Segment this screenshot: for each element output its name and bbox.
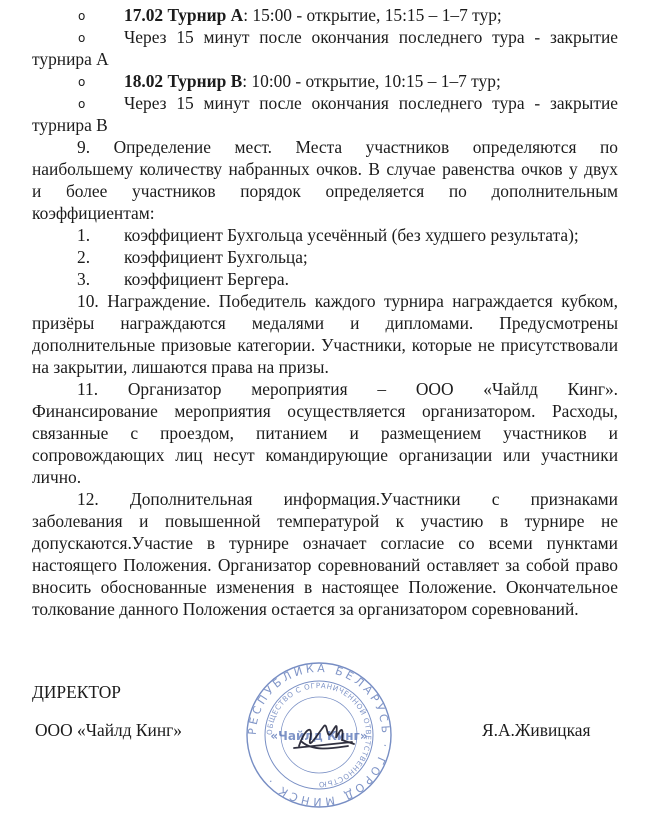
- bullet-icon: o: [78, 31, 85, 45]
- schedule-date-title: 18.02 Турнир В: [124, 71, 242, 91]
- section-12-text: заболевания и повышенной температурой к …: [32, 510, 618, 532]
- section-12-text: настоящего Положения. Организатор соревн…: [32, 554, 618, 576]
- coefficient-number: 1.: [77, 224, 117, 246]
- schedule-date-title: 17.02 Турнир А: [124, 5, 243, 25]
- section-9-text: коэффициентам:: [32, 202, 618, 224]
- coefficient-item: коэффициент Бухгольца усечённый (без худ…: [124, 224, 618, 246]
- bullet-icon: o: [78, 9, 85, 23]
- bullet-icon: o: [78, 97, 85, 111]
- schedule-closing-b: Через 15 минут после окончания последнег…: [124, 92, 618, 114]
- section-10-text: призёры награждаются медалями и дипломам…: [32, 312, 618, 334]
- section-11-text: связанные с проездом, питанием и размеще…: [32, 422, 618, 444]
- schedule-closing-a: Через 15 минут после окончания последнег…: [124, 26, 618, 48]
- coefficient-number: 2.: [77, 246, 117, 268]
- coefficient-item: коэффициент Бухгольца;: [124, 246, 618, 268]
- section-12-text: вносить обоснованные изменения в настоящ…: [32, 576, 618, 598]
- section-9-heading: 9. Определение мест. Места участников оп…: [77, 136, 618, 158]
- section-11-text: сопровождающих лиц несут командирующие о…: [32, 444, 618, 466]
- section-11-text: лично.: [32, 466, 618, 488]
- section-11-heading: 11. Организатор мероприятия – ООО «Чайлд…: [77, 378, 618, 400]
- company-stamp-icon: РЕСПУБЛИКА БЕЛАРУСЬ · ГОРОД МИНСК · ОБЩЕ…: [244, 660, 394, 810]
- signature-name: Я.А.Живицкая: [482, 719, 590, 741]
- schedule-item-a: 17.02 Турнир А: 15:00 - открытие, 15:15 …: [124, 4, 618, 26]
- schedule-closing-a-cont: турнира А: [32, 48, 618, 70]
- section-12-text: толкование данного Положения остается за…: [32, 598, 618, 620]
- svg-text:«Чайлд Кинг»: «Чайлд Кинг»: [270, 729, 367, 743]
- coefficient-item: коэффициент Бергера.: [124, 268, 618, 290]
- signature-title: ДИРЕКТОР: [32, 681, 121, 703]
- section-9-text: и более участников порядок определяется …: [32, 180, 618, 202]
- schedule-closing-b-cont: турнира В: [32, 114, 618, 136]
- section-12-heading: 12. Дополнительная информация.Участники …: [77, 488, 618, 510]
- section-11-text: Финансирование мероприятия осуществляетс…: [32, 400, 618, 422]
- section-12-text: допускаются.Участие в турнире означает с…: [32, 532, 618, 554]
- section-10-heading: 10. Награждение. Победитель каждого турн…: [77, 290, 618, 312]
- signature-organization: ООО «Чайлд Кинг»: [35, 719, 182, 741]
- section-9-text: наибольшему количеству набранных очков. …: [32, 158, 618, 180]
- coefficient-number: 3.: [77, 268, 117, 290]
- document-page: o 17.02 Турнир А: 15:00 - открытие, 15:1…: [0, 0, 650, 819]
- schedule-item-b: 18.02 Турнир В: 10:00 - открытие, 10:15 …: [124, 70, 618, 92]
- bullet-icon: o: [78, 75, 85, 89]
- section-10-text: на закрытии, лишаются права на призы.: [32, 356, 618, 378]
- section-10-text: дополнительные призовые категории. Участ…: [32, 334, 618, 356]
